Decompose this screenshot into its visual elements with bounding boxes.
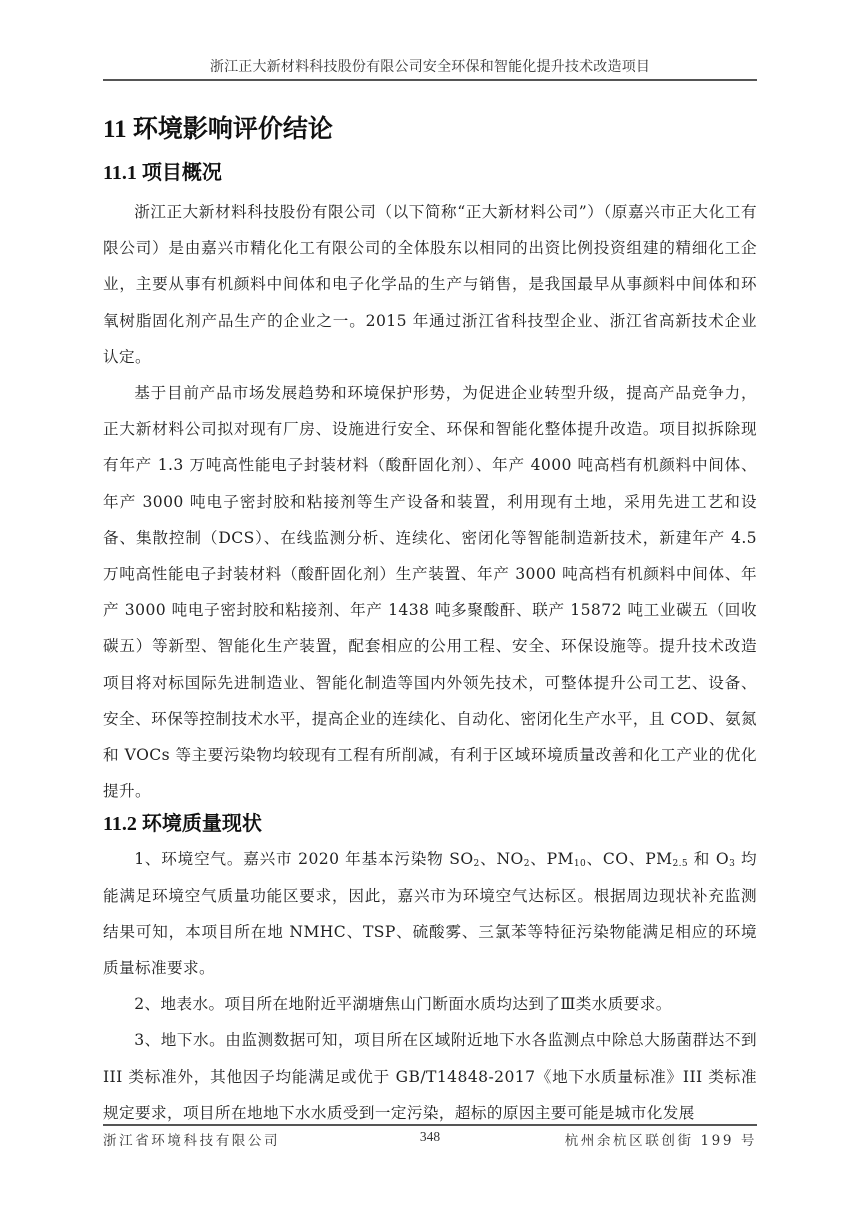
paragraph-surface-water: 2、地表水。项目所在地附近平湖塘焦山门断面水质均达到了Ⅲ类水质要求。 — [103, 986, 757, 1022]
air-text: 、CO、PM — [586, 850, 672, 868]
running-header: 浙江正大新材料科技股份有限公司安全环保和智能化提升技术改造项目 — [103, 56, 757, 76]
chapter-title: 11 环境影响评价结论 — [103, 112, 757, 152]
page-footer: 浙江省环境科技有限公司 348 杭州余杭区联创街 199 号 — [103, 1129, 757, 1149]
subscript: 10 — [574, 859, 586, 869]
subscript: 2.5 — [672, 859, 688, 869]
paragraph-groundwater: 3、地下水。由监测数据可知，项目所在区域附近地下水各监测点中除总大肠菌群达不到 … — [103, 1022, 757, 1131]
air-text: 1、环境空气。嘉兴市 2020 年基本污染物 SO — [134, 850, 473, 868]
air-text: 均能满足环境空气质量功能区要求，因此，嘉兴市为环境空气达标区。根据周边现状补充监… — [103, 850, 757, 977]
header-divider — [103, 79, 757, 81]
air-text: 、NO — [480, 850, 524, 868]
air-text: 和 O — [688, 850, 729, 868]
footer-divider — [103, 1124, 757, 1126]
paragraph-project-description: 基于目前产品市场发展趋势和环境保护形势，为促进企业转型升级，提高产品竞争力，正大… — [103, 375, 757, 809]
air-text: 、PM — [530, 850, 574, 868]
page-content: 11 环境影响评价结论 11.1 项目概况 浙江正大新材料科技股份有限公司（以下… — [103, 112, 757, 1131]
paragraph-company-intro: 浙江正大新材料科技股份有限公司（以下简称“正大新材料公司”）（原嘉兴市正大化工有… — [103, 194, 757, 375]
section-title-11-2: 11.2 环境质量现状 — [103, 809, 757, 841]
paragraph-ambient-air: 1、环境空气。嘉兴市 2020 年基本污染物 SO2、NO2、PM10、CO、P… — [103, 841, 757, 986]
footer-address: 杭州余杭区联创街 199 号 — [565, 1129, 757, 1149]
section-title-11-1: 11.1 项目概况 — [103, 158, 757, 190]
